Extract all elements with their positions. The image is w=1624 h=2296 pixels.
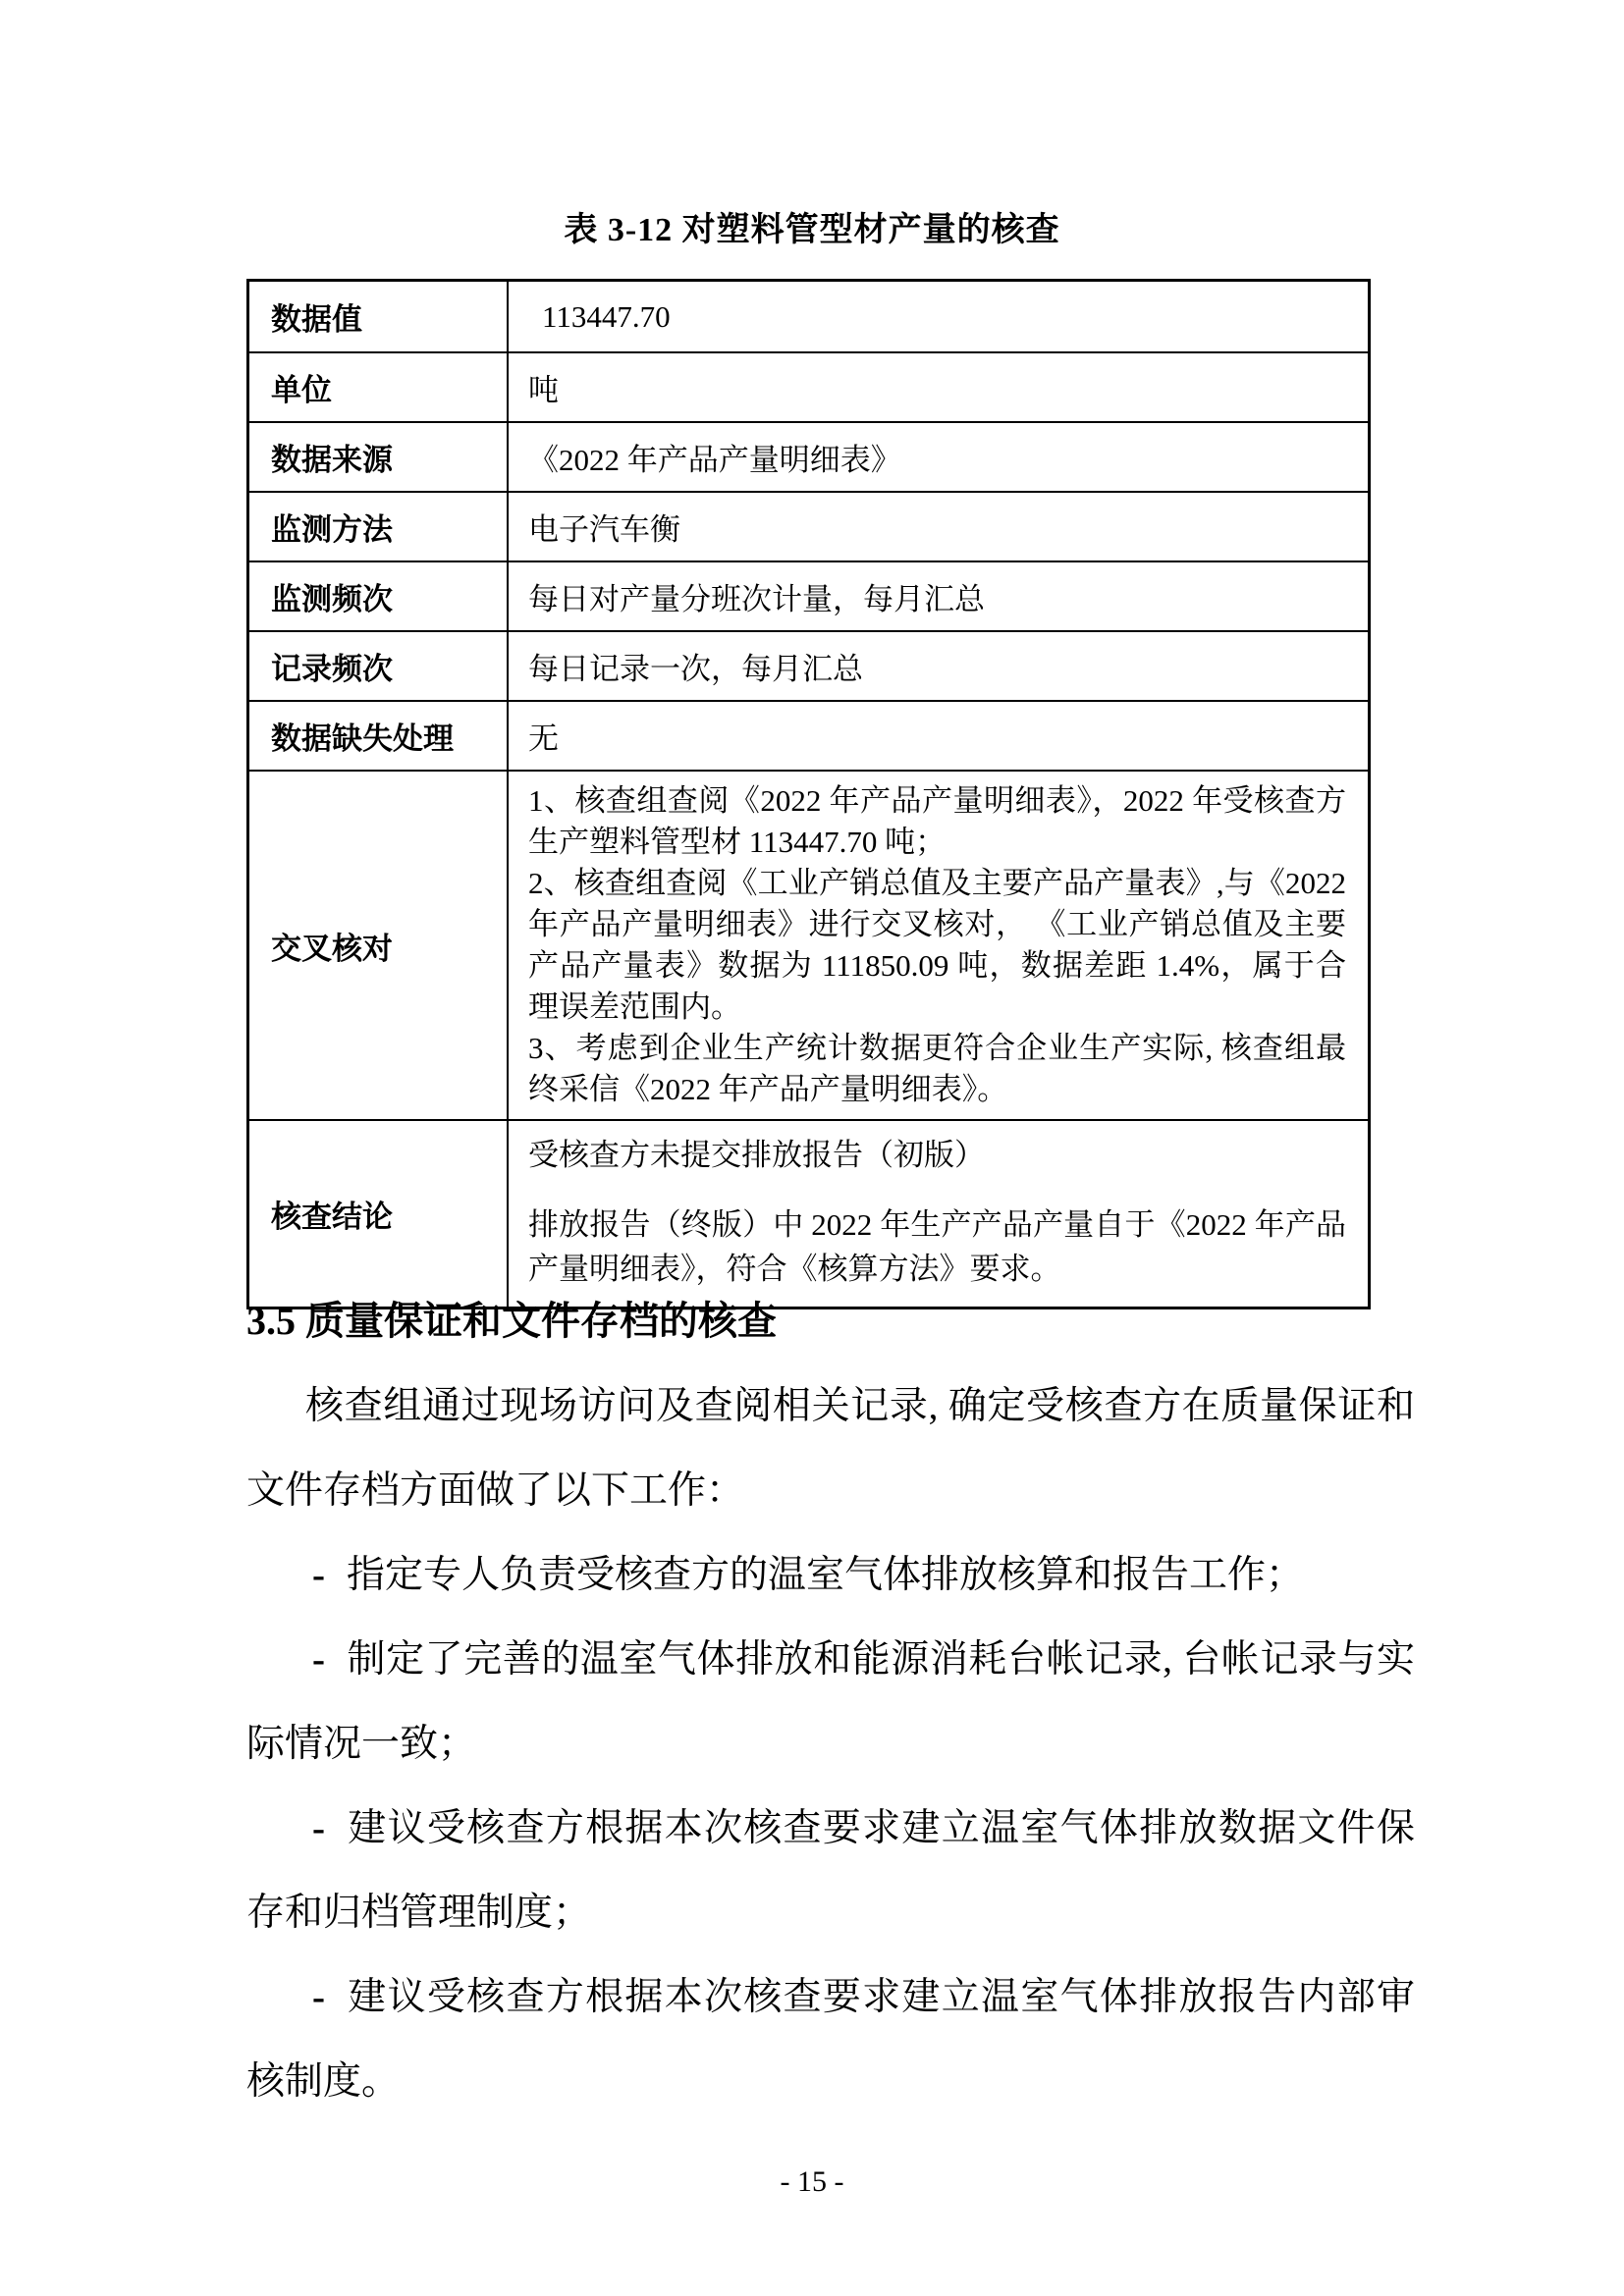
bullet-dash: - (312, 1976, 325, 2018)
conclusion-paragraph: 排放报告（终版）中 2022 年生产产品产量自于《2022 年产品产量明细表》，… (528, 1202, 1346, 1291)
bullet-text: 建议受核查方根据本次核查要求建立温室气体排放报告内部审核制度。 (246, 1976, 1415, 2103)
section-3-5: 3.5 质量保证和文件存档的核查 核查组通过现场访问及查阅相关记录, 确定受核查… (246, 1294, 1415, 2124)
conclusion-paragraph: 受核查方未提交排放报告（初版） (528, 1133, 1346, 1177)
bullet-item: -建议受核查方根据本次核查要求建立温室气体排放数据文件保存和归档管理制度； (246, 1787, 1415, 1955)
row-value: 电子汽车衡 (509, 493, 1368, 561)
row-value: 吨 (509, 353, 1368, 421)
cross-check-item: 3、考虑到企业生产统计数据更符合企业生产实际, 核查组最终采信《2022 年产品… (528, 1028, 1346, 1110)
row-label: 数据值 (249, 282, 509, 351)
bullet-item: -指定专人负责受核查方的温室气体排放核算和报告工作； (246, 1533, 1415, 1618)
row-value: 每日记录一次，每月汇总 (509, 632, 1368, 700)
section-heading: 3.5 质量保证和文件存档的核查 (246, 1294, 1415, 1349)
cross-check-item: 2、核查组查阅《工业产销总值及主要产品产量表》,与《2022 年产品产量明细表》… (528, 863, 1346, 1028)
row-label: 记录频次 (249, 632, 509, 700)
row-label: 核查结论 (249, 1121, 509, 1307)
row-label: 监测频次 (249, 562, 509, 630)
table-row: 数据缺失处理 无 (249, 700, 1368, 770)
verification-table: 数据值 113447.70 单位 吨 数据来源 《2022 年产品产量明细表》 … (246, 279, 1371, 1309)
bullet-dash: - (312, 1807, 325, 1849)
table-row: 数据来源 《2022 年产品产量明细表》 (249, 421, 1368, 491)
row-value: 每日对产量分班次计量，每月汇总 (509, 562, 1368, 630)
table-row: 监测频次 每日对产量分班次计量，每月汇总 (249, 561, 1368, 630)
row-label: 数据缺失处理 (249, 702, 509, 770)
cross-check-cell: 1、核查组查阅《2022 年产品产量明细表》，2022 年受核查方生产塑料管型材… (509, 772, 1368, 1119)
row-value: 无 (509, 702, 1368, 770)
bullet-item: -制定了完善的温室气体排放和能源消耗台帐记录, 台帐记录与实际情况一致； (246, 1618, 1415, 1787)
bullet-text: 制定了完善的温室气体排放和能源消耗台帐记录, 台帐记录与实际情况一致； (246, 1638, 1415, 1765)
table-row: 数据值 113447.70 (249, 282, 1368, 351)
document-page: { "doc": { "title": "表 3-12 对塑料管型材产量的核查"… (0, 0, 1624, 2296)
row-label: 监测方法 (249, 493, 509, 561)
conclusion-cell: 受核查方未提交排放报告（初版） 排放报告（终版）中 2022 年生产产品产量自于… (509, 1121, 1368, 1307)
bullet-text: 建议受核查方根据本次核查要求建立温室气体排放数据文件保存和归档管理制度； (246, 1807, 1415, 1934)
table-title: 表 3-12 对塑料管型材产量的核查 (0, 202, 1624, 250)
table-row: 记录频次 每日记录一次，每月汇总 (249, 630, 1368, 700)
bullet-dash: - (312, 1638, 325, 1681)
row-value: 《2022 年产品产量明细表》 (509, 423, 1368, 491)
table-row: 监测方法 电子汽车衡 (249, 491, 1368, 561)
cross-check-item: 1、核查组查阅《2022 年产品产量明细表》，2022 年受核查方生产塑料管型材… (528, 780, 1346, 863)
row-label: 数据来源 (249, 423, 509, 491)
row-label: 交叉核对 (249, 772, 509, 1119)
section-intro: 核查组通过现场访问及查阅相关记录, 确定受核查方在质量保证和文件存档方面做了以下… (246, 1364, 1415, 1533)
page-number: - 15 - (0, 2165, 1624, 2199)
bullet-text: 指定专人负责受核查方的温室气体排放核算和报告工作； (347, 1554, 1304, 1596)
bullet-item: -建议受核查方根据本次核查要求建立温室气体排放报告内部审核制度。 (246, 1955, 1415, 2124)
table-row-cross-check: 交叉核对 1、核查组查阅《2022 年产品产量明细表》，2022 年受核查方生产… (249, 770, 1368, 1119)
table-row-conclusion: 核查结论 受核查方未提交排放报告（初版） 排放报告（终版）中 2022 年生产产… (249, 1119, 1368, 1307)
bullet-dash: - (312, 1554, 325, 1596)
table-row: 单位 吨 (249, 351, 1368, 421)
row-label: 单位 (249, 353, 509, 421)
row-value: 113447.70 (509, 282, 1368, 351)
